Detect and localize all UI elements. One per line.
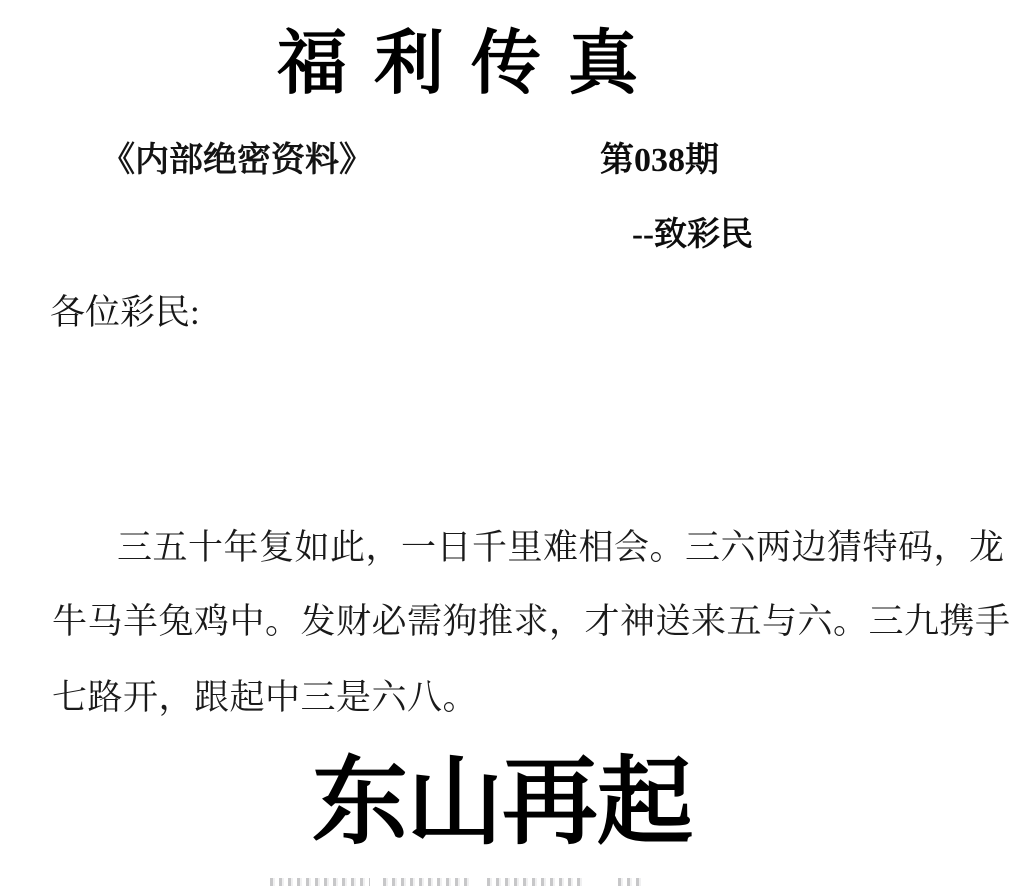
doc-title: 福利传真 [277, 26, 665, 102]
cutoff-text-artifact [383, 878, 472, 886]
document-page: 福利传真 《内部绝密资料》 第038期 --致彩民 各位彩民: 三五十年复如此，… [0, 0, 1024, 886]
headline: 东山再起 [312, 748, 692, 858]
cutoff-text-artifact [487, 878, 585, 886]
poem-line: 七路开，跟起中三是六八。 [52, 677, 478, 719]
classification-label: 《内部绝密资料》 [101, 141, 373, 182]
cutoff-text-artifact [618, 878, 645, 886]
salutation: 各位彩民: [50, 292, 200, 334]
poem-line: 牛马羊兔鸡中。发财必需狗推求，才神送来五与六。三九携手 [52, 601, 1011, 643]
issue-number: 第038期 [600, 141, 719, 182]
cutoff-text-artifact [270, 878, 370, 886]
dedication-line: --致彩民 [632, 216, 753, 256]
poem-line: 三五十年复如此，一日千里难相会。三六两边猜特码，龙 [52, 527, 1005, 569]
